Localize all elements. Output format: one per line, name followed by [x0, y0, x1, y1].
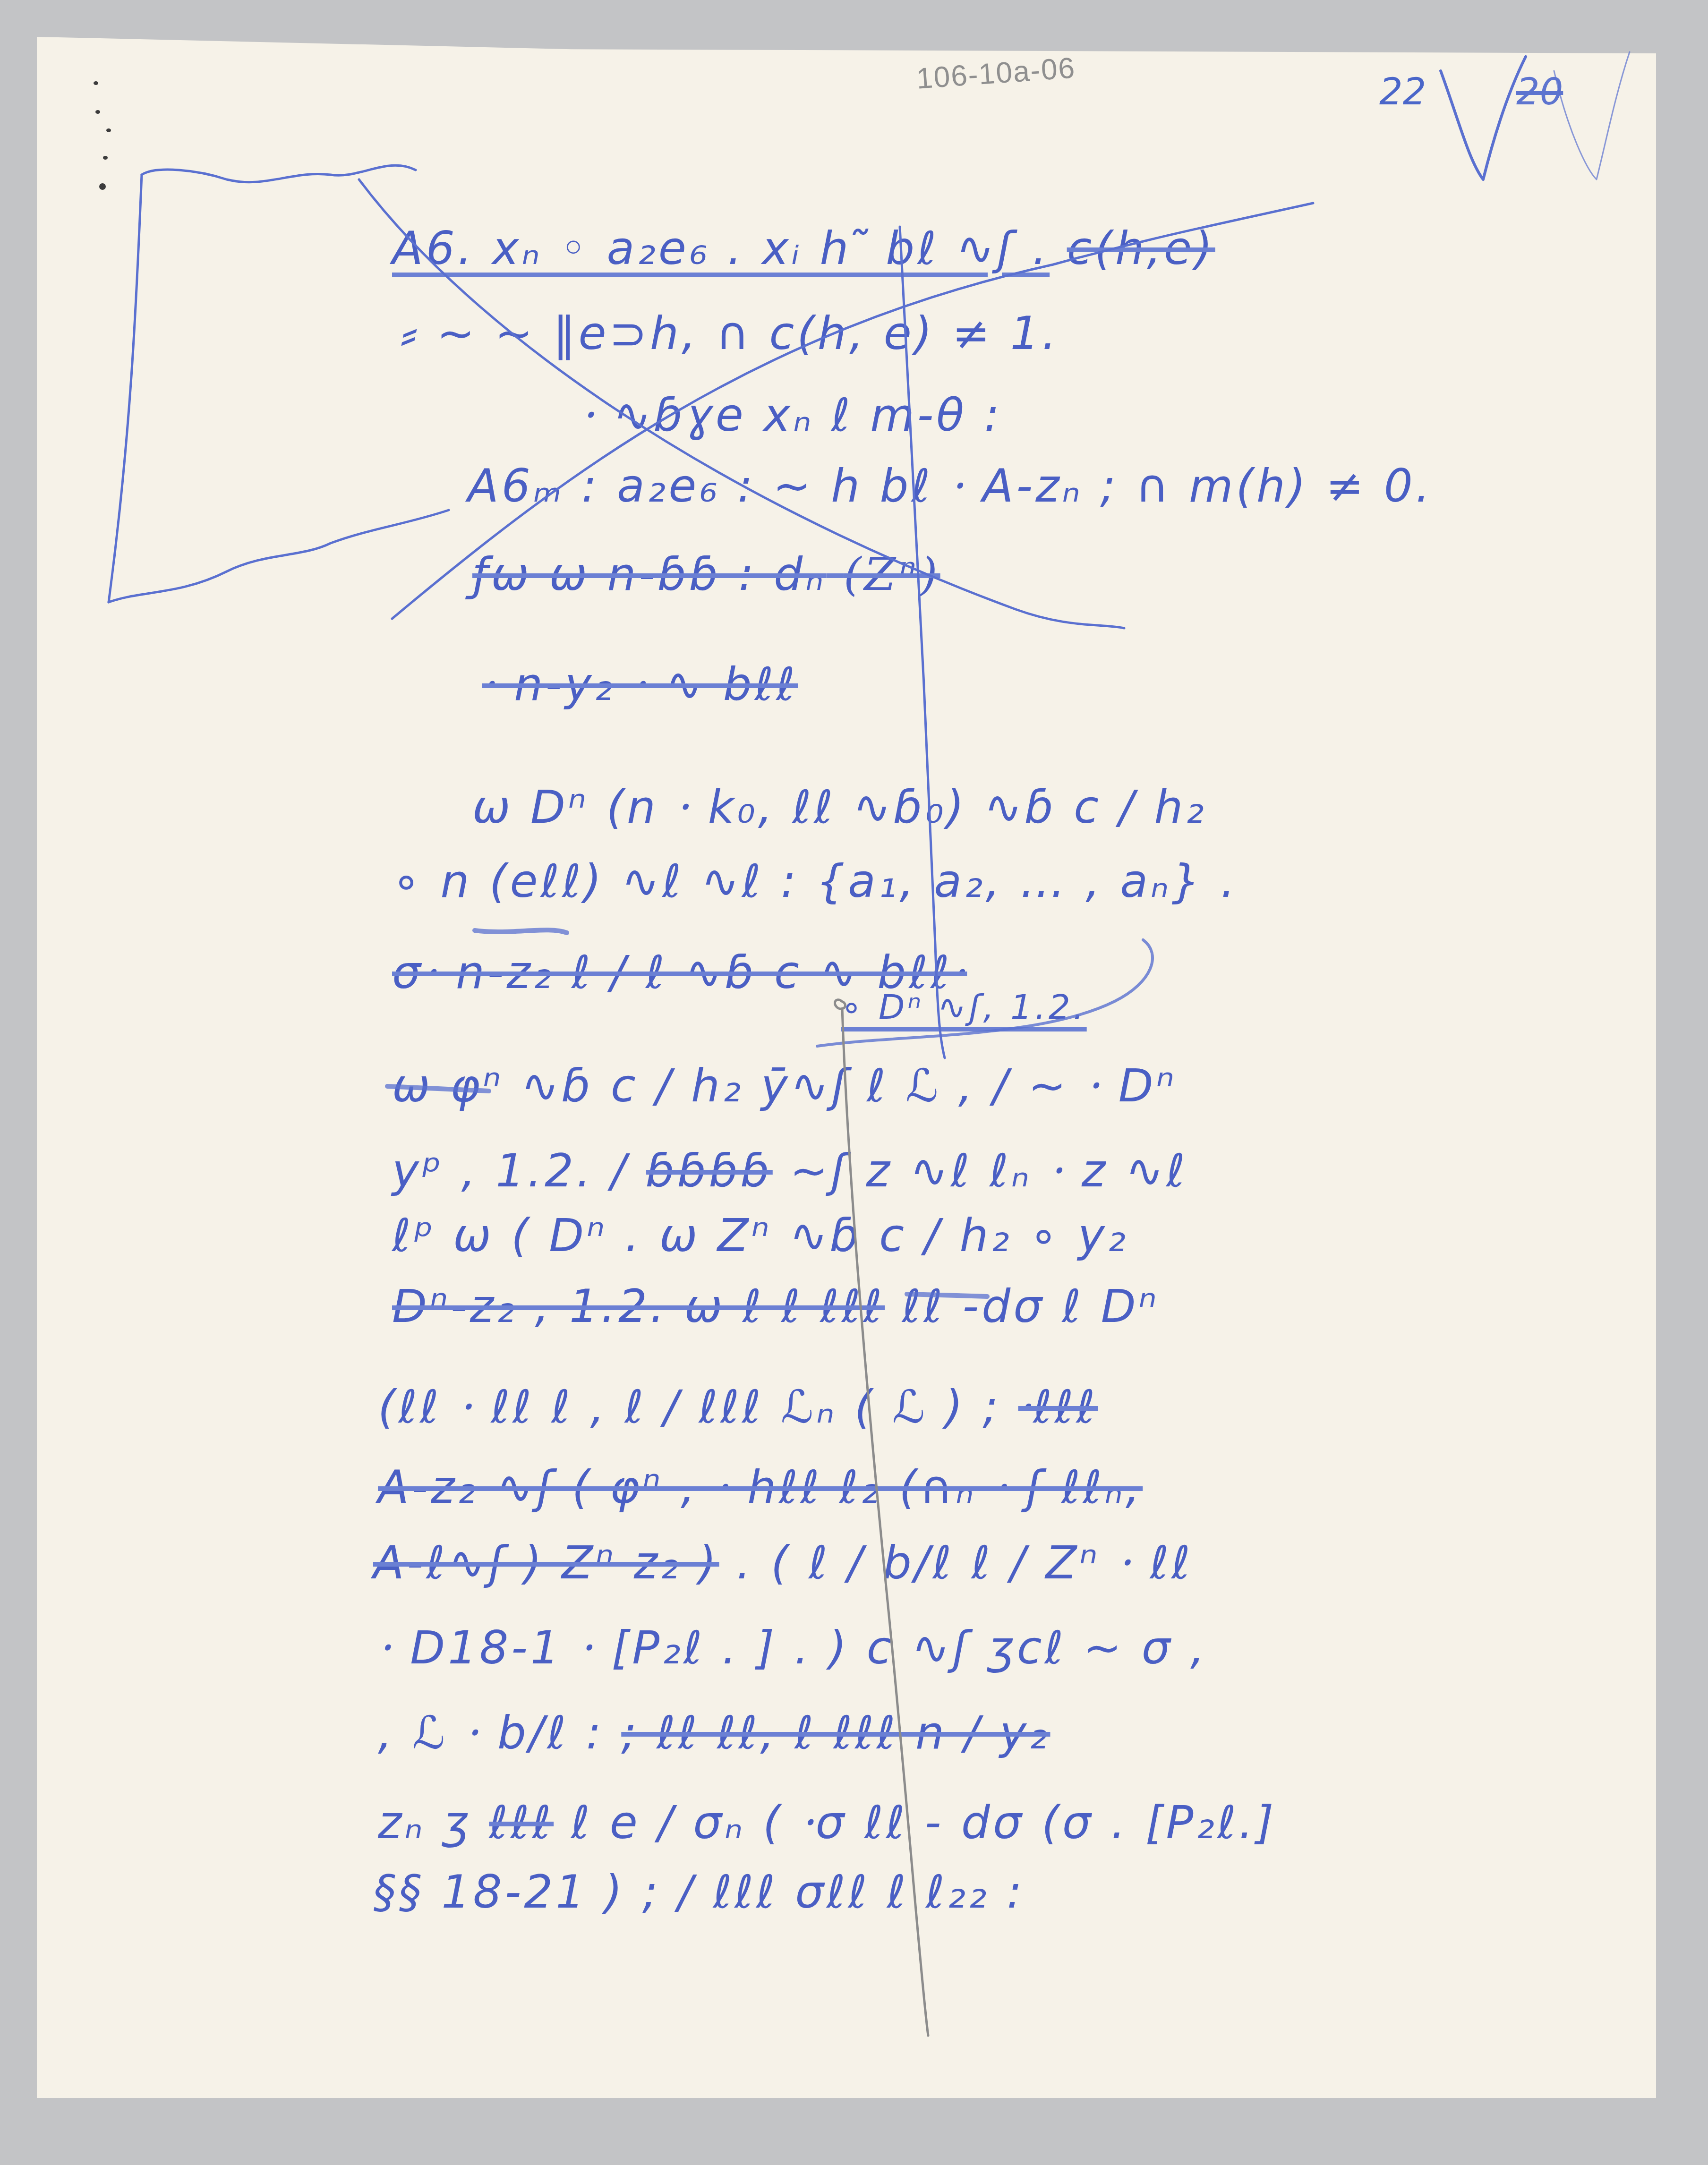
line-13: Dⁿ-z₂ , 1.2. ω ℓ ℓ ℓℓℓ ℓℓ -dσ ℓ Dⁿ — [392, 1280, 1160, 1333]
line-3: ⸱ ∿ɓɣe xₙ ℓ m-θ : — [581, 383, 1002, 444]
line-20: §§ 18-21 ) ; / ℓℓℓ σℓℓ ℓ ℓ₂₂ : — [373, 1866, 1025, 1918]
line-9-insert: ∘ Dⁿ ∿ʃ, 1.2. — [841, 987, 1087, 1027]
page-number: 22 — [1379, 71, 1426, 113]
line-7: ω Dⁿ (n ⸱ k₀, ℓℓ ∿ɓ₀) ∿ɓ c / h₂ — [472, 775, 1207, 836]
hole-mark — [95, 110, 100, 114]
line-14: (ℓℓ ⸱ ℓℓ ℓ , ℓ / ℓℓℓ ℒₙ ( ℒ ) ; ⸱ℓℓℓ — [378, 1374, 1098, 1436]
hole-mark — [94, 81, 98, 85]
struck-text: c(h,e) — [1067, 222, 1215, 275]
line-2: ⸗ ∼ ∼ ‖e⊃h, ∩ c(h, e) ≠ 1. — [401, 307, 1059, 360]
line-10: ω φⁿ ∿ɓ c / h₂ ȳ∿ʃ ℓ ℒ , / ∼ ⸱ Dⁿ — [392, 1053, 1177, 1115]
line-11: yᵖ , 1.2. / ɓɓɓɓ ∼ʃ z ∿ℓ ℓₙ ⸱ z ∿ℓ — [392, 1138, 1188, 1200]
line-4: A6ₘ : a₂e₆ : ∼ h bℓ ⸱ A-zₙ ; ∩ m(h) ≠ 0. — [468, 453, 1433, 515]
line-18: , ℒ ⸱ b/ℓ : ; ℓℓ ℓℓ, ℓ ℓℓℓ n / y₂ — [378, 1700, 1050, 1762]
old-page-number: 20 — [1516, 71, 1563, 113]
line-12: ℓᵖ ω ( Dⁿ . ω Zⁿ ∿ɓ c / h₂ ∘ y₂ — [392, 1209, 1128, 1262]
line-8: ∘ n (eℓℓ) ∿ℓ ∿ℓ : {a₁, a₂, … , aₙ} . — [392, 855, 1238, 908]
line-15: A-z₂ ∿ʃ ( φⁿ , ⸱ hℓℓ ℓ₂ (∩ₙ ⸱ ʃ ℓℓₙ, — [378, 1455, 1143, 1517]
line-1: A6. xₙ ◦ a₂e₆ . xᵢ h ̃ bℓ ∿ʃ . c(h,e) — [392, 222, 1215, 275]
line-16: A-ℓ∿ʃ ) Zⁿ z₂ ) . ( ℓ / b/ℓ ℓ / Zⁿ ⸱ ℓℓ — [373, 1530, 1193, 1592]
hole-mark — [106, 128, 111, 132]
line-19: zₙ ʒ ℓℓℓ ℓ e / σₙ ( ⸱σ ℓℓ - dσ (σ . [P₂ℓ… — [378, 1790, 1277, 1852]
line-17: ⸱ D18-1 ⸱ [P₂ℓ . ] . ) c ∿ʃ ʒcℓ ∼ σ , — [378, 1615, 1208, 1677]
hole-mark — [99, 183, 106, 190]
line-5: ƒω ω n-ɓɓ : dₙ (Zⁿ) — [472, 548, 940, 601]
line-6: ⸱ n-y₂ ⸱ ∿ bℓℓ — [482, 652, 798, 714]
hole-mark — [103, 156, 108, 160]
